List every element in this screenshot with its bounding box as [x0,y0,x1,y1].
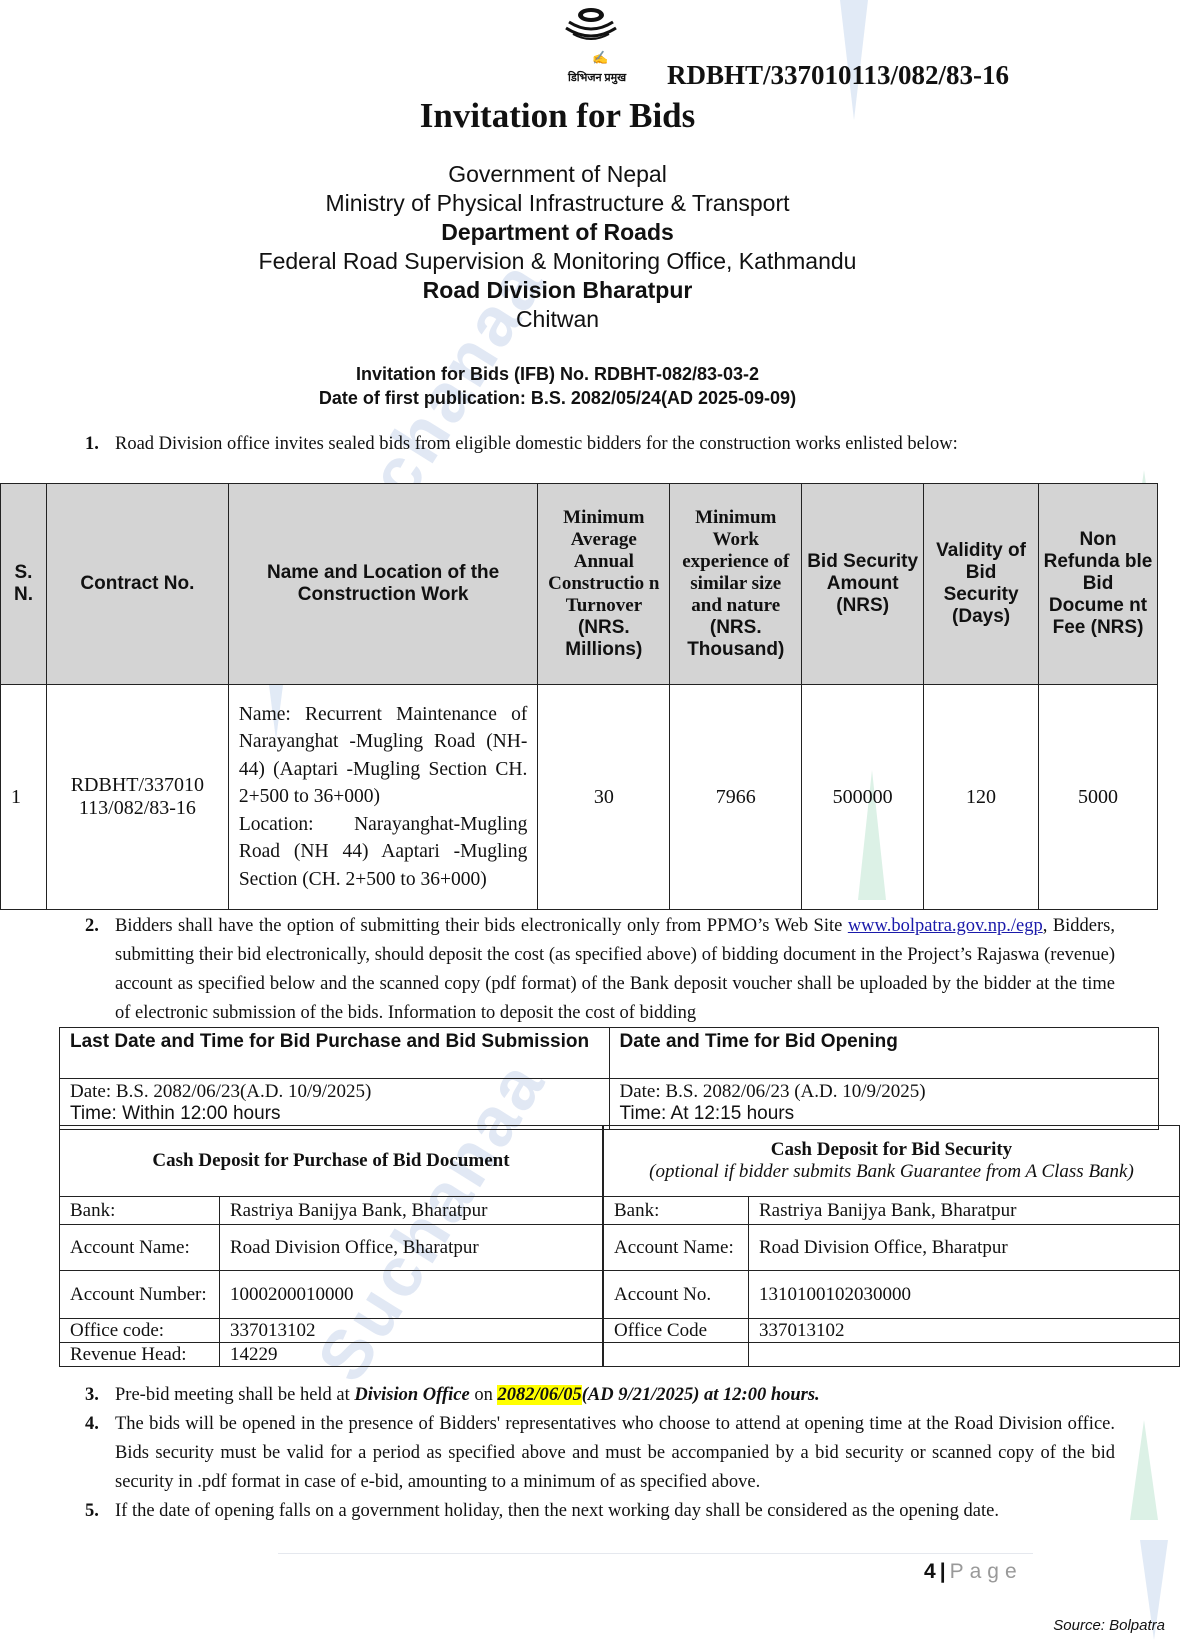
submission-time: Time: Within 12:00 hours [70,1103,599,1125]
submission-deadline-header: Last Date and Time for Bid Purchase and … [60,1028,610,1079]
org-ministry: Ministry of Physical Infrastructure & Tr… [0,189,1115,218]
org-government: Government of Nepal [0,160,1115,189]
work-location: Location: Narayanghat-Mugling Road (NH 4… [239,811,528,894]
bank-label: Bank: [60,1197,220,1225]
paragraph-text: Pre-bid meeting shall be held at Divisio… [115,1381,1115,1410]
submission-date: Date: B.S. 2082/06/23(A.D. 10/9/2025) [70,1081,599,1103]
opening-date: Date: B.S. 2082/06/23 (A.D. 10/9/2025) [620,1081,1149,1103]
cell-bid-security: 500000 [802,685,924,910]
paragraph-3: 3. Pre-bid meeting shall be held at Divi… [85,1381,1115,1410]
account-name-label: Account Name: [604,1225,749,1271]
office-code-value: 337013102 [220,1319,603,1343]
footer-divider [278,1553,1033,1554]
works-table: S. N. Contract No. Name and Location of … [0,483,1158,910]
col-header-name-location: Name and Location of the Construction Wo… [228,484,538,685]
paragraph-number: 3. [85,1381,99,1410]
reference-number: RDBHT/337010113/082/83-16 [667,60,1009,91]
col-header-validity: Validity of Bid Security (Days) [924,484,1039,685]
dates-table: Last Date and Time for Bid Purchase and … [59,1027,1159,1130]
empty-value [749,1343,1180,1367]
signature-label: डिभिजन प्रमुख [568,70,626,85]
watermark-arrow-icon [1130,1420,1158,1520]
org-district: Chitwan [0,305,1115,334]
account-number-label: Account No. [604,1271,749,1319]
account-name-label: Account Name: [60,1225,220,1271]
account-name-value: Road Division Office, Bharatpur [749,1225,1180,1271]
account-name-value: Road Division Office, Bharatpur [220,1225,603,1271]
revenue-head-value: 14229 [220,1343,603,1367]
paragraph-text: Bidders shall have the option of submitt… [115,912,1115,1028]
revenue-head-label: Revenue Head: [60,1343,220,1367]
ifb-block: Invitation for Bids (IFB) No. RDBHT-082/… [0,362,1115,410]
col-header-turnover: Minimum Average Annual Constructio n Tur… [538,484,670,685]
meeting-time: (AD 9/21/2025) at 12:00 hours. [582,1385,820,1405]
cell-turnover: 30 [538,685,670,910]
office-code-label: Office Code [604,1319,749,1343]
page-word: Page [950,1560,1023,1583]
paragraph-5: 5. If the date of opening falls on a gov… [85,1497,1115,1526]
org-department: Department of Roads [0,218,1115,247]
bolpatra-link[interactable]: www.bolpatra.gov.np./egp [848,916,1043,936]
bank-value: Rastriya Banijya Bank, Bharatpur [220,1197,603,1225]
bank-security-subtitle: (optional if bidder submits Bank Guarant… [649,1161,1134,1182]
experience-header-label: Minimum Work experience of similar size … [682,507,789,616]
col-header-contract-no: Contract No. [46,484,228,685]
paragraph-number: 5. [85,1497,99,1526]
paragraph-text-part: Pre-bid meeting shall be held at [115,1385,354,1405]
account-number-value: 1310100102030000 [749,1271,1180,1319]
paragraph-number: 1. [85,430,99,459]
office-code-value: 337013102 [749,1319,1180,1343]
col-header-sn: S. N. [1,484,47,685]
table-header-row: S. N. Contract No. Name and Location of … [1,484,1158,685]
paragraph-number: 2. [85,912,99,941]
table-row: 1 RDBHT/337010 113/082/83-16 Name: Recur… [1,685,1158,910]
submission-deadline-cell: Date: B.S. 2082/06/23(A.D. 10/9/2025) Ti… [60,1079,610,1130]
opening-time: Time: At 12:15 hours [620,1103,1149,1125]
empty-label [604,1343,749,1367]
page-number-value: 4 [924,1560,936,1583]
page-number: 4|Page [924,1560,1023,1584]
org-federal-office: Federal Road Supervision & Monitoring Of… [0,247,1115,276]
paragraph-1: 1. Road Division office invites sealed b… [85,430,1115,459]
cell-validity: 120 [924,685,1039,910]
cell-fee: 5000 [1039,685,1158,910]
ifb-number: Invitation for Bids (IFB) No. RDBHT-082/… [0,362,1115,386]
dates-value-row: Date: B.S. 2082/06/23(A.D. 10/9/2025) Ti… [60,1079,1159,1130]
experience-header-unit: (NRS. Thousand) [687,617,784,660]
opening-header: Date and Time for Bid Opening [609,1028,1159,1079]
paragraph-number: 4. [85,1410,99,1439]
org-division: Road Division Bharatpur [0,276,1115,305]
cell-name-location: Name: Recurrent Maintenance of Narayangh… [228,685,538,910]
office-code-label: Office code: [60,1319,220,1343]
col-header-experience: Minimum Work experience of similar size … [670,484,802,685]
col-header-bid-security: Bid Security Amount (NRS) [802,484,924,685]
paragraph-text: Road Division office invites sealed bids… [115,430,1115,459]
account-number-value: 1000200010000 [220,1271,603,1319]
bank-value: Rastriya Banijya Bank, Bharatpur [749,1197,1180,1225]
work-name: Name: Recurrent Maintenance of Narayangh… [239,701,528,811]
cell-sn: 1 [1,685,47,910]
paragraph-text-part: on [470,1385,498,1405]
paragraph-2: 2. Bidders shall have the option of subm… [85,912,1115,1028]
nepal-emblem-icon [563,6,619,42]
paragraph-4: 4. The bids will be opened in the presen… [85,1410,1115,1497]
bank-label: Bank: [604,1197,749,1225]
bank-document-title: Cash Deposit for Purchase of Bid Documen… [60,1126,603,1197]
bank-document-table: Cash Deposit for Purchase of Bid Documen… [59,1125,603,1367]
source-credit: Source: Bolpatra [1053,1617,1165,1634]
cell-experience: 7966 [670,685,802,910]
bank-security-title-cell: Cash Deposit for Bid Security (optional … [604,1126,1180,1197]
turnover-header-unit: (NRS. Millions) [565,617,642,660]
signature-mark: ✍ [592,50,608,66]
meeting-date-highlight: 2082/06/05 [497,1385,581,1405]
page-separator: | [940,1560,946,1583]
paragraph-text-part: Bidders shall have the option of submitt… [115,916,848,936]
paragraph-text: If the date of opening falls on a govern… [115,1497,1115,1526]
cell-contract-no: RDBHT/337010 113/082/83-16 [46,685,228,910]
bank-security-title: Cash Deposit for Bid Security [614,1139,1169,1161]
dates-header-row: Last Date and Time for Bid Purchase and … [60,1028,1159,1079]
col-header-fee: Non Refunda ble Bid Docume nt Fee (NRS) [1039,484,1158,685]
ifb-publication-date: Date of first publication: B.S. 2082/05/… [0,386,1115,410]
organization-block: Government of Nepal Ministry of Physical… [0,160,1115,334]
bank-security-table: Cash Deposit for Bid Security (optional … [603,1125,1180,1367]
meeting-place: Division Office [354,1385,469,1405]
account-number-label: Account Number: [60,1271,220,1319]
paragraph-text: The bids will be opened in the presence … [115,1410,1115,1497]
opening-cell: Date: B.S. 2082/06/23 (A.D. 10/9/2025) T… [609,1079,1159,1130]
document-title: Invitation for Bids [0,96,1115,136]
turnover-header-label: Minimum Average Annual Constructio n Tur… [548,507,659,616]
